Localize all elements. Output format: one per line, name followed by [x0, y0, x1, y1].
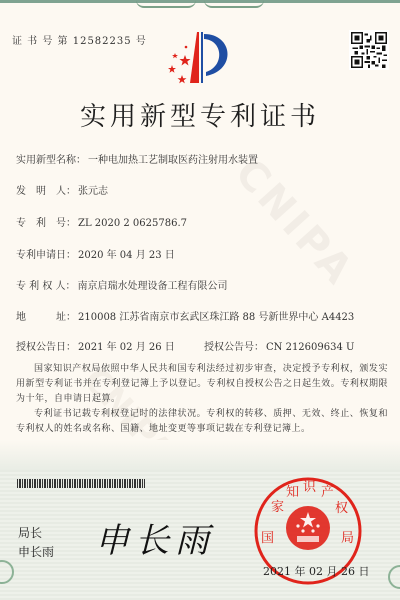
- field-value: 一种电加热工艺制取医药注射用水装置: [88, 155, 258, 166]
- field-label: 授权公告号: [204, 338, 254, 353]
- certificate-number: 证 书 号 第 12582235 号: [12, 32, 147, 47]
- svg-text:局: 局: [341, 531, 354, 546]
- lower-guilloche-fade: [0, 440, 400, 470]
- field-value: 张元志: [78, 186, 108, 197]
- grant-paragraph-1: 国家知识产权局依照中华人民共和国专利法经过初步审查，决定授予专利权，颁发实用新型…: [16, 362, 388, 407]
- svg-text:知: 知: [286, 485, 299, 500]
- field-label: 专 利 号: [16, 214, 66, 229]
- barcode-icon: [17, 479, 145, 488]
- field-inventor: 发 明 人：张元志: [16, 182, 108, 197]
- field-patent-number: 专 利 号：ZL 2020 2 0625786.7: [16, 214, 187, 229]
- watermark: CNIPA: [226, 150, 363, 295]
- svg-text:识: 识: [303, 480, 317, 495]
- svg-text:权: 权: [335, 500, 348, 516]
- svg-text:产: 产: [321, 484, 334, 500]
- grant-statement: 国家知识产权局依照中华人民共和国专利法经过初步审查，决定授予专利权，颁发实用新型…: [16, 362, 388, 437]
- field-value: CN 212609634 U: [266, 342, 354, 353]
- director-title: 局长: [18, 524, 42, 541]
- top-ornament: [125, 0, 275, 10]
- field-application-date: 专利申请日：2020 年 04 月 23 日: [16, 246, 175, 261]
- handwritten-signature: 申长雨: [95, 513, 215, 562]
- field-label: 专利申请日: [16, 246, 66, 261]
- field-address: 地 址：210008 江苏省南京市玄武区珠江路 88 号新世界中心 A4423: [16, 308, 354, 323]
- cnipa-logo-icon: [163, 26, 239, 92]
- qr-code-icon: [349, 30, 389, 70]
- svg-text:家: 家: [271, 500, 284, 515]
- field-label: 实用新型名称: [16, 151, 76, 166]
- director-name: 申长雨: [18, 543, 54, 560]
- grant-paragraph-2: 专利证书记载专利权登记时的法律状况。专利权的转移、质押、无效、终止、恢复和专利权…: [16, 407, 388, 437]
- field-utility-model-name: 实用新型名称：一种电加热工艺制取医药注射用水装置: [16, 151, 258, 166]
- field-label: 专 利 权 人: [16, 277, 66, 292]
- field-label: 授权公告日: [16, 338, 66, 353]
- field-grant-date: 授权公告日：2021 年 02 月 26 日: [16, 338, 175, 353]
- field-value: 南京启瑞水处理设备工程有限公司: [78, 281, 228, 292]
- field-value: 2020 年 04 月 23 日: [78, 250, 175, 261]
- field-value: 2021 年 02 月 26 日: [78, 342, 175, 353]
- certificate-title: 实用新型专利证书: [0, 96, 400, 133]
- field-value: ZL 2020 2 0625786.7: [78, 218, 187, 229]
- field-value: 210008 江苏省南京市玄武区珠江路 88 号新世界中心 A4423: [78, 312, 354, 323]
- seal-date: 2021 年 02 月 26 日: [263, 563, 369, 579]
- field-label: 发 明 人: [16, 182, 66, 197]
- svg-text:国: 国: [261, 531, 274, 546]
- field-label: 地 址: [16, 308, 66, 323]
- field-patentee: 专 利 权 人：南京启瑞水处理设备工程有限公司: [16, 277, 228, 292]
- field-grant-number: 授权公告号：CN 212609634 U: [204, 338, 354, 353]
